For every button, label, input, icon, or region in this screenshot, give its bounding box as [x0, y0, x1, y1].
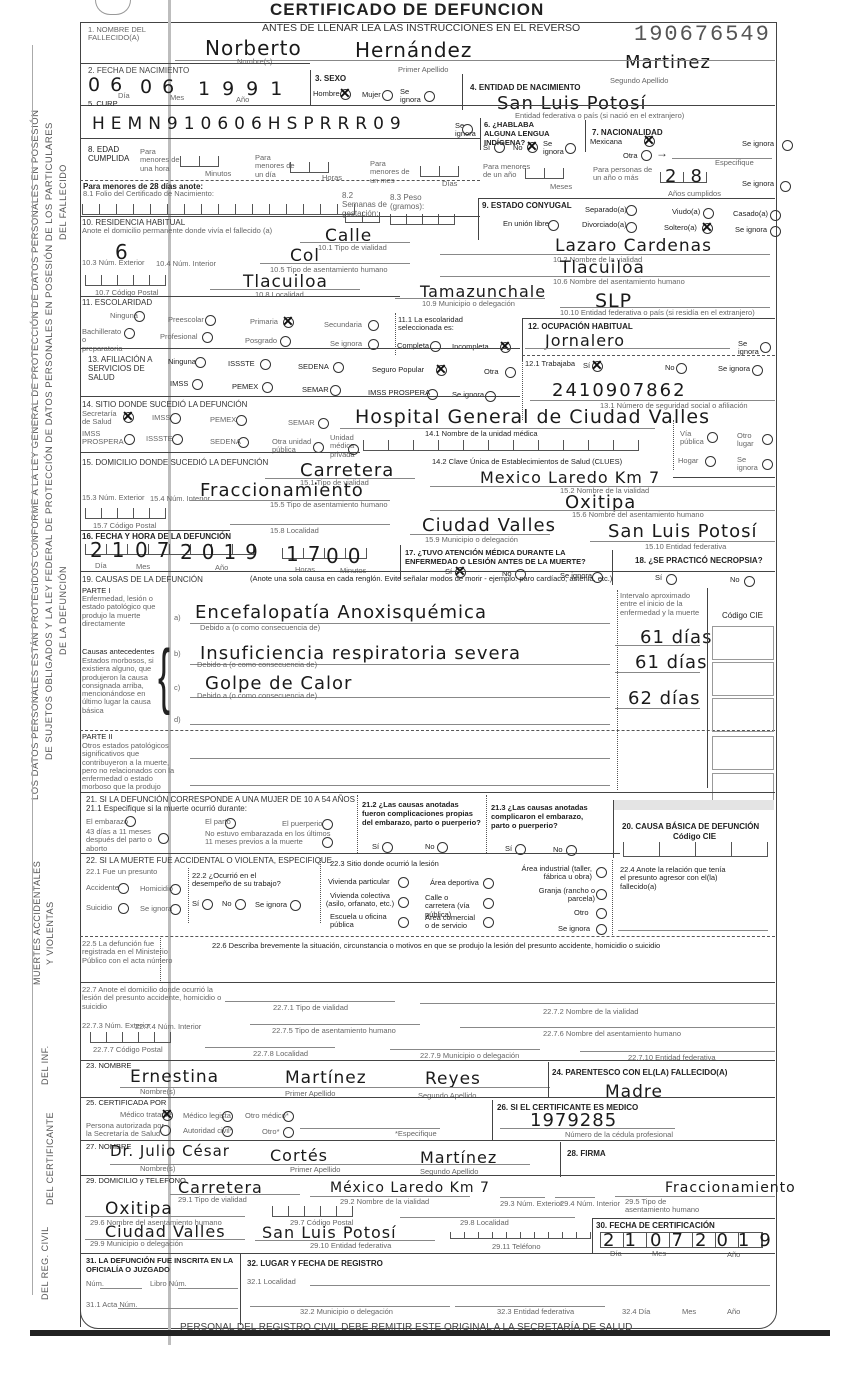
label-firma: 28. FIRMA: [567, 1149, 606, 1158]
label-trabajaba: 12.1 Trabajaba: [525, 360, 575, 368]
cie-box-d[interactable]: [712, 736, 774, 770]
rule: [357, 795, 358, 853]
label-14-2: 14.2 Clave Única de Establecimientos de …: [432, 458, 622, 466]
rule: [592, 1218, 593, 1253]
lesion-escuela-label: Escuela u oficina pública: [330, 913, 390, 930]
afiliacion-imss-radio[interactable]: [192, 379, 203, 390]
lengua-no-radio[interactable]: [527, 142, 538, 153]
label-22-1: 22.1 Fue un presunto: [86, 868, 157, 876]
rule: [118, 1308, 238, 1309]
rule: [240, 1253, 241, 1325]
trabajo-se-ignora-radio[interactable]: [290, 900, 301, 911]
residencia-nombre-vialidad[interactable]: Lazaro Cardenas: [555, 236, 712, 256]
lesion-vivienda-colectiva-label: Vivienda colectiva (asilo, orfanato, etc…: [325, 892, 395, 909]
conyugal-separado-label: Separado(a): [585, 206, 627, 214]
curp-se-ignora-radio[interactable]: [462, 124, 473, 135]
label-15-6: 15.6 Nombre del asentamiento humano: [572, 511, 704, 519]
rule: [100, 1288, 142, 1289]
presunto-accidente-radio[interactable]: [118, 883, 129, 894]
brace-icon: {: [158, 640, 170, 712]
rule: [612, 860, 613, 935]
necropsia-no-radio[interactable]: [744, 576, 755, 587]
lesion-area-comercial-label: Área comercial o de servicio: [425, 914, 480, 931]
label-intervalo: Intervalo aproximado entre el inicio de …: [620, 592, 700, 617]
label-32-4-anio: Año: [727, 1308, 740, 1316]
label-21-3: 21.3 ¿Las causas anotadas complicaron el…: [491, 803, 601, 830]
lesion-granja-radio[interactable]: [596, 889, 607, 900]
rule: [615, 708, 700, 709]
signature-area[interactable]: [567, 1160, 767, 1176]
escolaridad-posgrado-radio[interactable]: [280, 336, 291, 347]
rule: [120, 1087, 550, 1088]
escolaridad-se-ignora-label: Se ignora: [330, 340, 362, 348]
mujer-puerperio-label: El puerperio: [282, 820, 322, 828]
sexo-se-ignora-radio[interactable]: [424, 91, 435, 102]
sitio-sedena-radio[interactable]: [238, 437, 249, 448]
label-causas-defuncion: 19. CAUSAS DE LA DEFUNCIÓN: [82, 575, 203, 584]
label-nombres: Nombre(s): [140, 1088, 175, 1096]
sitio-otro-lugar-label: Otro lugar: [737, 432, 757, 449]
section-muertes: MUERTES ACCIDENTALES: [32, 861, 42, 985]
rule: [548, 1062, 549, 1098]
rule: [80, 105, 775, 106]
label-mes: Mes: [136, 563, 150, 571]
label-atencion-medica: 17. ¿TUVO ATENCIÓN MÉDICA DURANTE LA ENF…: [405, 548, 605, 566]
label-10-1: 10.1 Tipo de vialidad: [318, 244, 387, 252]
conyugal-divorciado-radio[interactable]: [626, 222, 637, 233]
rule: [673, 477, 775, 478]
defuncion-anio[interactable]: 2019: [180, 540, 267, 564]
rule: [500, 1128, 675, 1129]
label-anio: Año: [236, 96, 249, 104]
label-32-2: 32.2 Municipio o delegación: [300, 1308, 393, 1316]
label-29-8: 29.8 Localidad: [460, 1219, 509, 1227]
conyugal-casado-radio[interactable]: [770, 210, 781, 221]
nacionalidad-otra-label: Otra: [623, 152, 638, 160]
defuncion-dia[interactable]: 21: [90, 538, 133, 562]
nacionalidad-se-ignora-radio[interactable]: [782, 140, 793, 151]
lesion-escuela-radio[interactable]: [398, 917, 409, 928]
label-parte-1-desc: Enfermedad, lesión o estado patológico q…: [82, 595, 160, 628]
label-muerte-accidental: 22. SI LA MUERTE FUE ACCIDENTAL O VIOLEN…: [86, 856, 332, 865]
label-escolaridad-sub: 11.1 La escolaridad seleccionada es:: [398, 316, 478, 333]
label-21-2: 21.2 ¿Las causas anotadas fueron complic…: [362, 800, 482, 827]
necropsia-no-label: No: [730, 576, 740, 584]
section-del-reg-civil: DEL REG. CIVIL: [40, 1226, 50, 1300]
conyugal-viudo-label: Viudo(a): [672, 208, 700, 216]
afiliacion-ninguna-radio[interactable]: [195, 357, 206, 368]
sitio-ssa-radio[interactable]: [123, 412, 134, 423]
presunto-homicidio-radio[interactable]: [170, 884, 181, 895]
cie-box-a[interactable]: [712, 626, 774, 660]
defuncion-entidad[interactable]: San Luis Potosí: [608, 521, 757, 542]
rule: [615, 672, 700, 673]
afiliacion-imss-prospera-radio[interactable]: [427, 389, 438, 400]
label-29-3: 29.3 Núm. Exterior: [500, 1200, 563, 1208]
certificada-otro-label: Otro*: [262, 1128, 280, 1136]
cause-d-letter: d): [174, 716, 181, 724]
label-15-5: 15.5 Tipo de asentamiento humano: [270, 501, 388, 509]
lesion-otro-label: Otro: [574, 909, 589, 917]
rule: [188, 868, 189, 923]
label-22-7-2: 22.7.2 Nombre de la vialidad: [543, 1008, 638, 1016]
certificada-medico-tratante-radio[interactable]: [162, 1110, 173, 1121]
rule: [178, 1288, 238, 1289]
rule: [525, 348, 730, 349]
presunto-se-ignora-label: Se ignora: [140, 905, 172, 913]
afiliacion-pemex-label: PEMEX: [232, 383, 258, 391]
afiliacion-semar-radio[interactable]: [330, 385, 341, 396]
escolaridad-completa-radio[interactable]: [430, 341, 441, 352]
label-22-7-8: 22.7.8 Localidad: [253, 1050, 308, 1058]
rule: [390, 1049, 540, 1050]
defuncion-tipo-asentamiento[interactable]: Fraccionamiento: [200, 480, 364, 501]
edad-se-ignora-label: Se ignora: [742, 180, 774, 188]
rule: [580, 1051, 775, 1052]
rule: [80, 452, 360, 453]
q2-si-label: Sí: [372, 843, 379, 851]
label-32-4-mes: Mes: [682, 1308, 696, 1316]
defuncion-horas[interactable]: 17: [286, 542, 329, 566]
rule: [80, 1140, 775, 1141]
rule: [522, 318, 775, 319]
label-dia: Día: [95, 562, 107, 570]
cause-c-interval[interactable]: 62 días: [628, 688, 700, 709]
label-10-9: 10.9 Municipio o delegación: [422, 300, 515, 308]
trabajaba-no-radio[interactable]: [676, 363, 687, 374]
rule: [478, 198, 775, 199]
rule: [225, 1001, 395, 1002]
rule: [80, 792, 775, 793]
label-codigo-cie: Código CIE: [722, 612, 763, 621]
label-22-3: 22.3 Sitio donde ocurrió la lesión: [330, 860, 439, 868]
presunto-suicidio-radio[interactable]: [118, 903, 129, 914]
lengua-si-radio[interactable]: [494, 142, 505, 153]
label-nombres: Nombre(s): [140, 1165, 175, 1173]
lesion-area-deportiva-label: Área deportiva: [430, 879, 479, 887]
label-causa-basica: 20. CAUSA BÁSICA DE DEFUNCIÓN: [622, 822, 759, 831]
label-codigo-cie-basica: Código CIE: [673, 832, 716, 841]
footer-notice: PERSONAL DEL REGISTRO CIVIL DEBE REMITIR…: [180, 1322, 632, 1333]
informante-nombre[interactable]: Ernestina: [130, 1067, 219, 1087]
lesion-area-comercial-radio[interactable]: [483, 917, 494, 928]
trabajo-no-label: No: [222, 900, 232, 908]
lesion-calle-carretera-radio[interactable]: [483, 898, 494, 909]
label-curp: 5. CURP: [88, 100, 118, 108]
label-certificada-por: 25. CERTIFICADA POR: [86, 1099, 166, 1107]
lesion-se-ignora-radio[interactable]: [596, 924, 607, 935]
label-32-1: 32.1 Localidad: [247, 1278, 296, 1286]
label-29-2: 29.2 Nombre de la vialidad: [340, 1198, 429, 1206]
escolaridad-secundaria-radio[interactable]: [368, 320, 379, 331]
trabajo-no-radio[interactable]: [235, 899, 246, 910]
rule: [80, 530, 230, 531]
edad-se-ignora-radio[interactable]: [780, 181, 791, 192]
label-15-3: 15.3 Núm. Exterior: [82, 494, 145, 502]
sitio-otro-lugar-radio[interactable]: [762, 434, 773, 445]
label-22-7-9: 22.7.9 Municipio o delegación: [420, 1052, 519, 1060]
label-necropsia: 18. ¿SE PRACTICÓ NECROPSIA?: [635, 556, 763, 565]
trabajaba-se-ignora-radio[interactable]: [752, 365, 763, 376]
rule: [80, 216, 480, 217]
sitio-issste-radio[interactable]: [172, 434, 183, 445]
lesion-se-ignora-label: Se ignora: [558, 925, 590, 933]
rule: [420, 1003, 775, 1004]
rule: [160, 938, 161, 983]
escolaridad-profesional-label: Profesional: [160, 333, 198, 341]
label-nombre-fallecido: 1. NOMBRE DEL FALLECIDO(A): [88, 26, 158, 43]
rule: [592, 1218, 775, 1219]
escolaridad-secundaria-label: Secundaria: [324, 321, 362, 329]
cause-b-interval[interactable]: 61 días: [635, 652, 707, 673]
lesion-area-industrial-radio[interactable]: [596, 867, 607, 878]
label-debido-a: Debido a (o como consecuencia de): [197, 692, 317, 700]
label-informante-nombre: 23. NOMBRE: [86, 1062, 131, 1070]
defuncion-minutos[interactable]: 00: [326, 544, 369, 568]
label-edad-cumplida: 8. EDAD CUMPLIDA: [88, 146, 133, 164]
certificada-autoridad-civil-radio[interactable]: [222, 1126, 233, 1137]
rule: [80, 982, 775, 983]
rule: [522, 318, 523, 360]
presunto-homicidio-label: Homicidio: [140, 885, 173, 893]
label-primer-apellido: Primer Apellido: [290, 1166, 340, 1174]
lengua-se-ignora-radio[interactable]: [565, 143, 576, 154]
section-del-certificante: DEL CERTIFICANTE: [45, 1112, 55, 1205]
sitio-imss-prospera-radio[interactable]: [124, 434, 135, 445]
label-anios-cumplidos: Años cumplidos: [668, 190, 721, 198]
rule: [522, 355, 775, 356]
presunto-suicidio-label: Suicidio: [86, 904, 112, 912]
trabajaba-si-radio[interactable]: [592, 361, 603, 372]
escolaridad-primaria-radio[interactable]: [283, 317, 294, 328]
informante-primer-apellido[interactable]: Martínez: [285, 1068, 367, 1088]
rule: [80, 936, 775, 937]
label-causas-note: (Anote una sola causa en cada renglón. E…: [250, 575, 612, 583]
nacionalidad-se-ignora-label: Se ignora: [742, 140, 774, 148]
label-dias: Días: [442, 180, 457, 188]
certificante-nombre-vialidad[interactable]: México Laredo Km 7: [330, 1180, 490, 1196]
label-fecha-certificacion: 30. FECHA DE CERTIFICACIÓN: [596, 1221, 715, 1230]
parentesco-value[interactable]: Madre: [605, 1082, 663, 1102]
lesion-otro-radio[interactable]: [596, 908, 607, 919]
label-inscrita-oficialia: 31. LA DEFUNCIÓN FUE INSCRITA EN LA OFIC…: [86, 1256, 236, 1274]
mujer-43-dias-radio[interactable]: [158, 833, 169, 844]
sitio-semar-label: SEMAR: [288, 419, 315, 427]
label-menores-hora: Para menores de una hora: [140, 148, 185, 173]
afiliacion-imss-label: IMSS: [170, 380, 188, 388]
presunto-se-ignora-radio[interactable]: [170, 904, 181, 915]
escolaridad-bachillerato-label: Bachillerato o preparatoria: [82, 328, 127, 353]
trabajo-si-radio[interactable]: [202, 899, 213, 910]
form-subtitle: ANTES DE LLENAR LEA LAS INSTRUCCIONES EN…: [262, 22, 580, 34]
label-22-7: 22.7 Anote el domicilio donde ocurrió la…: [82, 986, 222, 1011]
sexo-mujer-radio[interactable]: [382, 90, 393, 101]
numero-seguridad-social[interactable]: 2410907862: [552, 380, 687, 401]
residencia-nombre-asentamiento[interactable]: Tlacuiloa: [560, 258, 645, 278]
label-10-10: 10.10 Entidad federativa o país (si resi…: [560, 309, 755, 317]
escolaridad-preescolar-label: Preescolar: [168, 316, 204, 324]
sitio-sedena-label: SEDENA: [210, 438, 241, 446]
q2-si-radio[interactable]: [382, 842, 393, 853]
sitio-via-publica-radio[interactable]: [707, 432, 718, 443]
trabajaba-si-label: Sí: [583, 362, 590, 370]
label-parte-2-desc: Otros estados patológicos significativos…: [82, 742, 177, 792]
mujer-parto-radio[interactable]: [225, 818, 236, 829]
q3-no-radio[interactable]: [566, 845, 577, 856]
unidad-medica-nombre[interactable]: Hospital General de Ciudad Valles: [355, 406, 710, 428]
mujer-no-embarazada-radio[interactable]: [322, 837, 333, 848]
emblem-icon: [95, 0, 131, 15]
afiliacion-seguro-popular-radio[interactable]: [436, 365, 447, 376]
conyugal-separado-radio[interactable]: [626, 205, 637, 216]
label-antecedentes-desc: Estados morbosos, si existiera alguno, q…: [82, 657, 162, 715]
rule: [492, 1100, 493, 1140]
fallecido-primer-apellido[interactable]: Hernández: [355, 38, 472, 62]
label-22-2: 22.2 ¿Ocurrió en el desempeño de su trab…: [192, 872, 282, 889]
lesion-area-industrial-label: Área industrial (taller, fábrica u obra): [512, 865, 592, 882]
rule: [190, 785, 610, 786]
rule: [460, 1027, 775, 1028]
label-dia: Día: [118, 92, 130, 100]
afiliacion-seguro-popular-label: Seguro Popular: [372, 366, 424, 374]
label-parentesco: 24. PARENTESCO CON EL(LA) FALLECIDO(A): [552, 1068, 727, 1077]
conyugal-union-libre-radio[interactable]: [548, 220, 559, 231]
afiliacion-issste-radio[interactable]: [260, 359, 271, 370]
certificante-tipo-asentamiento[interactable]: Fraccionamiento: [665, 1180, 796, 1196]
certificacion-mes[interactable]: 07: [650, 1230, 693, 1251]
label-num: Núm.: [86, 1280, 104, 1288]
rule: [85, 1216, 245, 1217]
lesion-vivienda-particular-radio[interactable]: [398, 877, 409, 888]
certificada-medico-legista-radio[interactable]: [222, 1111, 233, 1122]
label-29-11: 29.11 Teléfono: [492, 1243, 541, 1251]
label-meses: Meses: [550, 183, 572, 191]
sitio-pemex-label: PEMEX: [210, 416, 236, 424]
escolaridad-profesional-radio[interactable]: [202, 332, 213, 343]
rule: [618, 930, 768, 931]
mujer-43-dias-label: 43 días a 11 meses después del parto o a…: [86, 828, 166, 853]
edad-anios-value[interactable]: 28: [665, 166, 716, 187]
sitio-issste-label: ISSSTE: [146, 435, 173, 443]
section-de-la-defuncion: DE LA DEFUNCIÓN: [58, 566, 68, 655]
label-22-7-1: 22.7.1 Tipo de vialidad: [273, 1004, 348, 1012]
escolaridad-completa-label: Completa: [397, 342, 429, 350]
certificada-otro-medico-radio[interactable]: [283, 1111, 294, 1122]
afiliacion-pemex-radio[interactable]: [262, 382, 273, 393]
label-folio-certificado: 8.1 Folio del Certificado de Nacimiento:: [83, 190, 214, 198]
rule: [480, 118, 481, 150]
section-violentas: Y VIOLENTAS: [45, 901, 55, 965]
lesion-vivienda-colectiva-radio[interactable]: [398, 897, 409, 908]
label-15-9: 15.9 Municipio o delegación: [425, 536, 518, 544]
label-cedula-profesional: Número de la cédula profesional: [565, 1131, 673, 1139]
label-sexo: 3. SEXO: [315, 74, 346, 83]
informante-segundo-apellido[interactable]: Reyes: [425, 1069, 481, 1089]
sitio-via-publica-label: Vía pública: [680, 430, 705, 447]
certificacion-anio[interactable]: 2019: [695, 1230, 781, 1251]
escolaridad-primaria-label: Primaria: [250, 318, 278, 326]
q2-no-radio[interactable]: [437, 842, 448, 853]
sitio-semar-radio[interactable]: [318, 418, 329, 429]
rule: [320, 858, 321, 923]
conyugal-soltero-label: Soltero(a): [664, 224, 697, 232]
arrow-right-icon: →: [656, 146, 668, 160]
label-29-5: 29.5 Tipo de asentamiento humano: [625, 1198, 705, 1215]
label-horas: Horas: [322, 174, 342, 182]
afiliacion-sedena-radio[interactable]: [333, 362, 344, 373]
escolaridad-preescolar-radio[interactable]: [205, 315, 216, 326]
sexo-hombre-label: Hombre: [313, 90, 340, 98]
certificante-primer-apellido[interactable]: Cortés: [270, 1146, 328, 1165]
label-32-3: 32.3 Entidad federativa: [497, 1308, 574, 1316]
curp-value[interactable]: HEMN910606HSPRRR09: [92, 114, 407, 134]
rule: [260, 263, 410, 264]
certificada-persona-autorizada-radio[interactable]: [160, 1125, 171, 1136]
certificacion-dia[interactable]: 21: [603, 1230, 646, 1251]
ocupacion-se-ignora-radio[interactable]: [760, 342, 771, 353]
conyugal-se-ignora-radio[interactable]: [770, 226, 781, 237]
sitio-hogar-radio[interactable]: [705, 456, 716, 467]
rule: [486, 795, 487, 853]
rule: [707, 588, 708, 788]
conyugal-union-libre-label: En unión libre: [503, 220, 549, 228]
cie-box-c[interactable]: [712, 698, 774, 732]
escolaridad-bachillerato-radio[interactable]: [124, 328, 135, 339]
label-10-6: 10.6 Nombre del asentamiento humano: [553, 278, 685, 286]
rule: [250, 1024, 420, 1025]
label-escolaridad: 11. ESCOLARIDAD: [82, 298, 152, 307]
trabajaba-no-label: No: [665, 364, 675, 372]
presunto-accidente-label: Accidente: [86, 884, 119, 892]
nacionalidad-otra-radio[interactable]: [641, 150, 652, 161]
certificante-nombre[interactable]: Dr. Julio César: [110, 1142, 230, 1160]
conyugal-soltero-radio[interactable]: [702, 223, 713, 234]
sexo-hombre-radio[interactable]: [340, 89, 351, 100]
rule: [478, 198, 479, 240]
sitio-imss-radio[interactable]: [170, 413, 181, 424]
fallecido-segundo-apellido[interactable]: Martinez: [625, 52, 711, 73]
sitio-se-ignora-radio[interactable]: [762, 459, 773, 470]
label-22-7-6: 22.7.6 Nombre del asentamiento humano: [543, 1030, 681, 1038]
cause-c-letter: c): [174, 684, 180, 692]
label-sitio-defuncion: 14. SITIO DONDE SUCEDIÓ LA DEFUNCIÓN: [82, 400, 247, 409]
label-dia: Día: [610, 1250, 622, 1258]
conyugal-viudo-radio[interactable]: [703, 208, 714, 219]
sitio-pemex-radio[interactable]: [236, 415, 247, 426]
sitio-hogar-label: Hogar: [678, 457, 698, 465]
defuncion-mes[interactable]: 07: [135, 538, 178, 562]
rule: [500, 1197, 545, 1198]
trabajo-si-label: Sí: [192, 900, 199, 908]
nacionalidad-mexicana-radio[interactable]: [644, 136, 655, 147]
label-libro-num: Libro Núm.: [150, 1280, 187, 1288]
mujer-embarazo-radio[interactable]: [125, 816, 136, 827]
afiliacion-otra-radio[interactable]: [505, 367, 516, 378]
label-primer-apellido: Primer Apellido: [398, 66, 448, 74]
escolaridad-ninguna-radio[interactable]: [134, 311, 145, 322]
lesion-area-deportiva-radio[interactable]: [483, 878, 494, 889]
certificada-otro-radio[interactable]: [283, 1127, 294, 1138]
rule: [80, 1097, 775, 1098]
cause-a-value[interactable]: Encefalopatía Anoxisquémica: [195, 602, 487, 623]
lesion-granja-label: Granja (rancho o parcela): [520, 887, 595, 904]
defuncion-nombre-vialidad[interactable]: Mexico Laredo Km 7: [480, 468, 660, 487]
defuncion-municipio[interactable]: Ciudad Valles: [422, 515, 556, 536]
cie-box-b[interactable]: [712, 662, 774, 696]
sitio-privada-radio[interactable]: [348, 444, 359, 455]
rule: [80, 396, 520, 397]
necropsia-si-radio[interactable]: [666, 574, 677, 585]
